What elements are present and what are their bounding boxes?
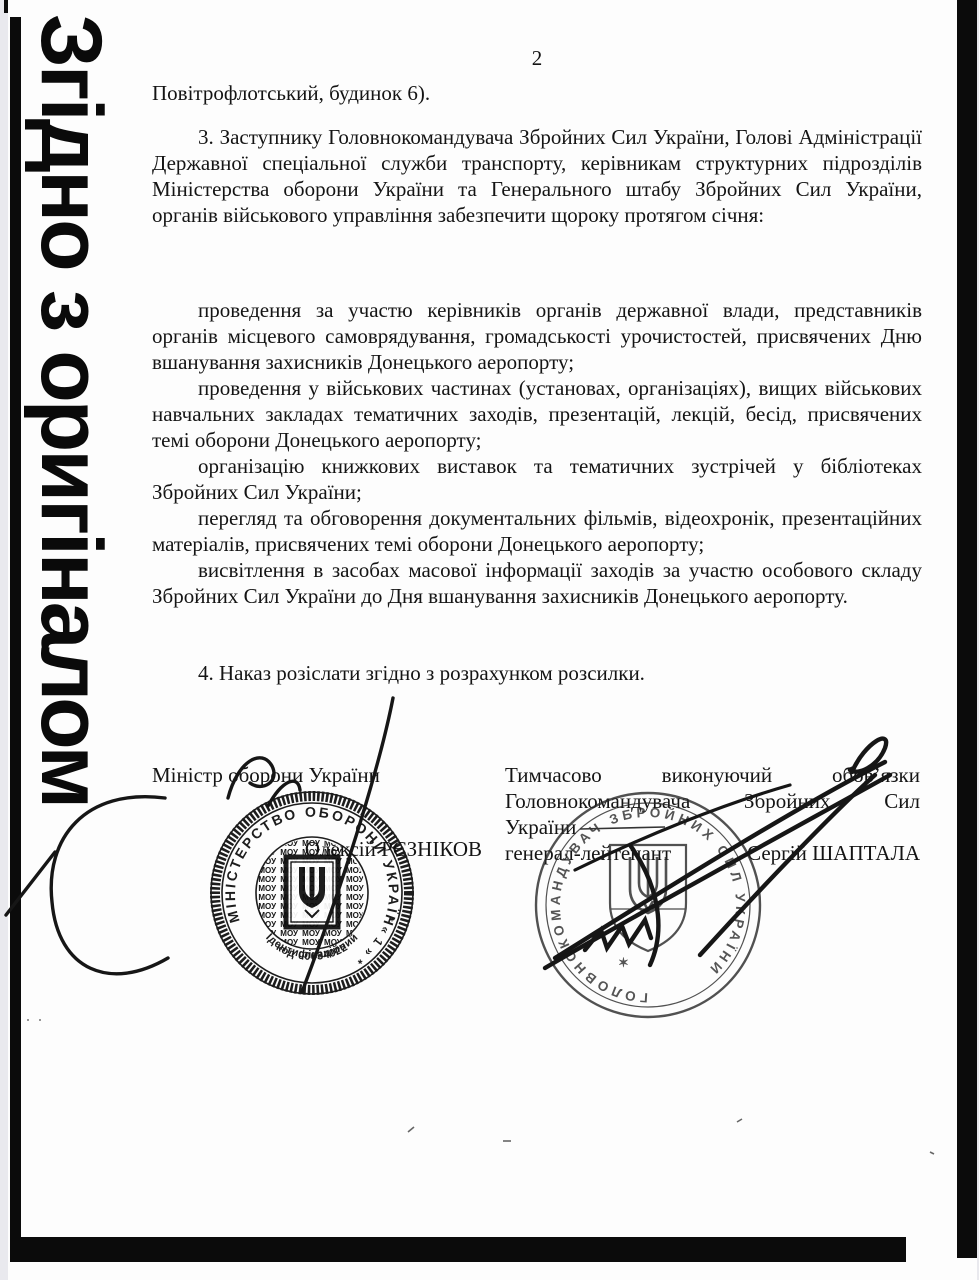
paragraph-address-tail: Повітрофлотський, будинок 6). [152,80,922,106]
right-signatory-name-row: генерал-лейтенант Сергій ШАПТАЛА [505,840,920,866]
right-signatory-title-line: Тимчасово виконуючий обов’язки [505,762,920,788]
seals-and-signatures-layer: МІНІСТЕРСТВО ОБОРОНИ УКРАЇНИ * « 1 » * І… [0,640,979,1280]
right-signatory-block: Тимчасово виконуючий обов’язки Головноко… [505,762,920,866]
right-signatory-rank: генерал-лейтенант [505,840,671,866]
certified-true-copy-stamp: Згідно з оригіналом [23,14,119,806]
right-signatory-name: Сергій ШАПТАЛА [747,840,920,866]
seal-star: ✶ [618,955,629,970]
frame-notch-top-left [4,0,8,13]
frame-bar-bottom [16,1237,906,1262]
left-signatory-title: Міністр оборони України [152,762,482,788]
page-number: 2 [152,46,922,71]
subitem: висвітлення в засобах масової інформації… [152,557,922,609]
scanned-document-page: Згідно з оригіналом 2 Повітрофлотський, … [0,0,979,1280]
subitem: проведення за участю керівників органів … [152,297,922,375]
paragraph-3: 3. Заступнику Головнокомандувача Збройни… [152,124,922,228]
subitem: проведення у військових частинах (устано… [152,375,922,453]
scan-edge-left [0,0,8,1280]
paragraph-3-subitems: проведення за участю керівників органів … [152,297,922,609]
seal-number-text: * « 1 » * [352,914,397,968]
scan-specks [27,1019,934,1154]
svg-text:* « 1 » *: * « 1 » * [352,914,397,968]
subitem: організацію книжкових виставок та темати… [152,453,922,505]
subitem: перегляд та обговорення документальних ф… [152,505,922,557]
frame-bar-left [10,17,21,1262]
right-signatory-title-line: Головнокомандувача Збройних Сил [505,788,920,814]
paragraph-4: 4. Наказ розіслати згідно з розрахунком … [152,660,922,686]
frame-bar-right [957,0,977,1258]
right-signatory-title-line: України [505,814,920,840]
